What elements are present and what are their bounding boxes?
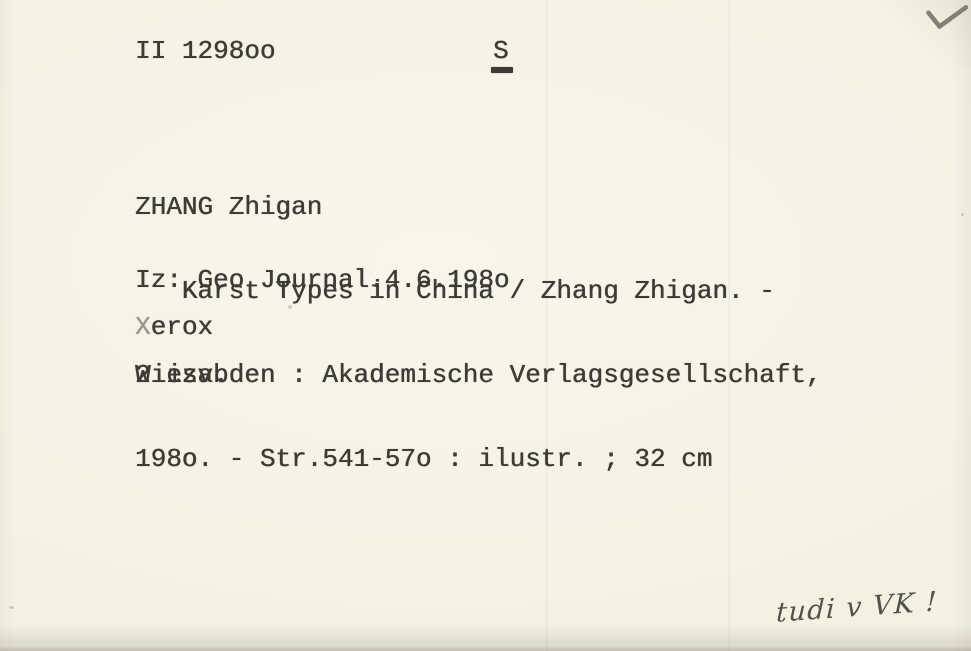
- copies-note: 2 izv.: [135, 360, 229, 390]
- call-number: II 1298oo: [135, 36, 275, 66]
- entry-collation-line: 198o. - Str.541-57o : ilustr. ; 32 cm: [135, 445, 822, 473]
- section-letter-underscore: [491, 67, 513, 73]
- paper-speck: [488, 379, 491, 382]
- pencil-checkmark-icon: [923, 1, 971, 39]
- entry-publisher-line: Wiesabden : Akademische Verlagsgesellsch…: [135, 361, 822, 389]
- paper-speck: [288, 305, 292, 309]
- reproduction-note: Xerox: [135, 312, 213, 342]
- handwritten-note: tudi v VK !: [776, 586, 939, 628]
- paper-speck: [961, 213, 964, 216]
- section-letter: S: [493, 36, 509, 66]
- paper-speck: [9, 606, 14, 609]
- catalog-card: II 1298oo S ZHANG Zhigan Karst Types in …: [0, 0, 971, 651]
- source-note: Iz: Geo Journal.4.6.198o: [135, 265, 509, 295]
- entry-heading-line: ZHANG Zhigan: [135, 193, 822, 221]
- bibliographic-entry: ZHANG Zhigan Karst Types in China / Zhan…: [135, 137, 822, 529]
